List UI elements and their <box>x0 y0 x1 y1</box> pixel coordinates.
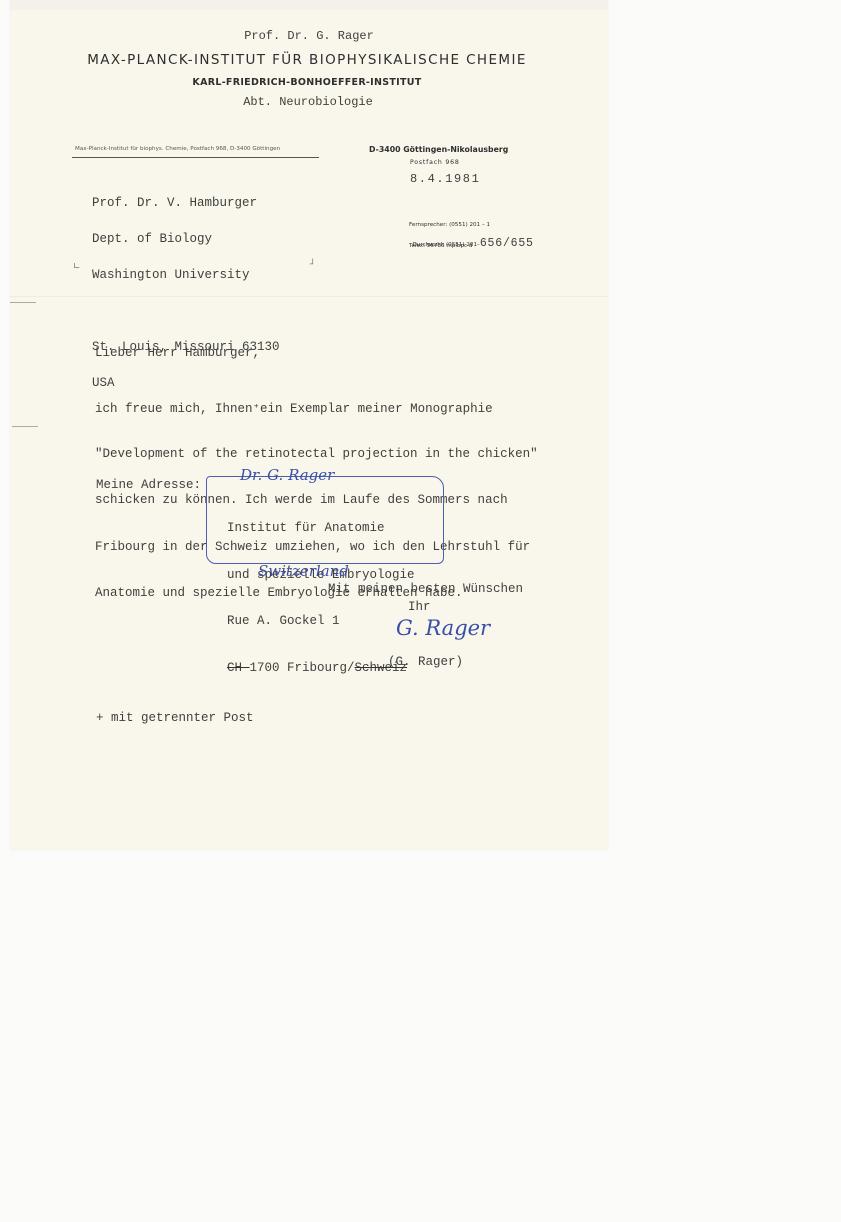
recipient-block: Prof. Dr. V. Hamburger Dept. of Biology … <box>92 173 280 401</box>
phone-number: Fernsprecher: (0551) 201 – 1 <box>409 222 490 228</box>
closing: Mit meinen besten Wünschen <box>328 582 523 596</box>
window-corner-mark: ∟ <box>73 262 81 272</box>
sender-city: D-3400 Göttingen-Nikolausberg <box>369 145 508 154</box>
signature: G. Rager <box>396 616 490 640</box>
body-line: "Development of the retinotectal project… <box>95 447 538 466</box>
address-line: Institut für Anatomie <box>227 521 415 540</box>
sender-underline <box>72 157 319 158</box>
telex-number: Telex: 96786 mpibpc d <box>409 243 472 249</box>
postal-code-city: 1700 Fribourg/ <box>250 661 355 675</box>
letterhead-department: Abt. Neurobiologie <box>0 95 616 109</box>
direct-dial-extension: 656/655 <box>480 237 534 250</box>
sender-return-address: Max-Planck-Institut für biophys. Chemie,… <box>75 146 280 152</box>
handwritten-name: Dr. G. Rager <box>240 466 334 484</box>
footnote: + mit getrennter Post <box>96 711 254 725</box>
fold-mark <box>10 302 36 303</box>
salutation: Lieber Herr Hamburger, <box>95 346 260 360</box>
letterhead-professor: Prof. Dr. G. Rager <box>0 29 618 43</box>
address-label: Meine Adresse: <box>96 478 201 492</box>
letterhead-institute: MAX-PLANCK-INSTITUT FÜR BIOPHYSIKALISCHE… <box>0 52 614 68</box>
letterhead-subtitle: KARL-FRIEDRICH-BONHOEFFER-INSTITUT <box>0 77 614 88</box>
typed-name: (G. Rager) <box>388 655 463 669</box>
struck-country-code: CH- <box>227 661 250 675</box>
sender-postbox: Postfach 968 <box>410 159 460 166</box>
punch-mark <box>12 426 38 427</box>
letter-date: 8.4.1981 <box>410 172 480 186</box>
recipient-line: Prof. Dr. V. Hamburger <box>92 197 280 209</box>
window-corner-mark: ┘ <box>310 260 315 270</box>
address-postal-line: CH-1700 Fribourg/Schweiz <box>227 661 415 680</box>
closing-ihr: Ihr <box>408 600 431 614</box>
recipient-line: Washington University <box>92 269 280 281</box>
body-line: ich freue mich, Ihnen⁺ein Exemplar meine… <box>95 400 538 419</box>
recipient-line: Dept. of Biology <box>92 233 280 245</box>
address-line: Rue A. Gockel 1 <box>227 614 415 633</box>
handwritten-country: Switzerland <box>258 562 349 580</box>
